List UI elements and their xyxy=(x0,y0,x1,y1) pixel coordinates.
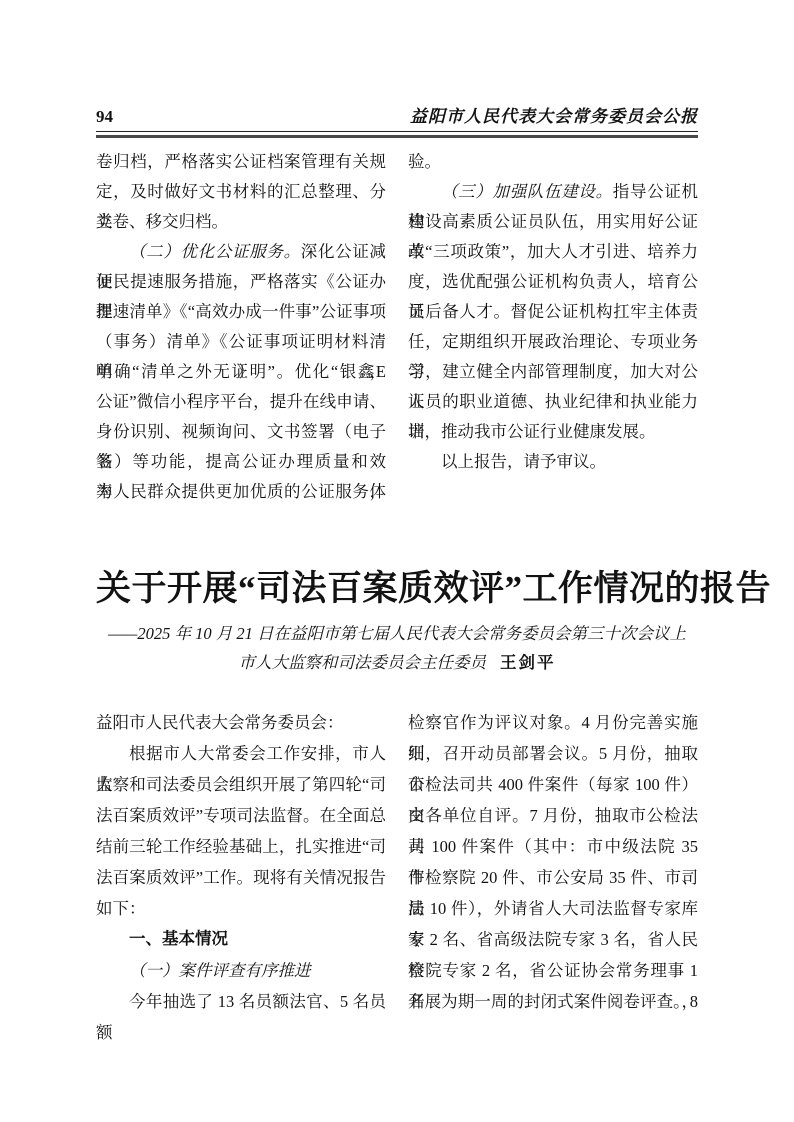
subheading-case-review-progress: （一）案件评查有序推进 xyxy=(96,955,386,986)
text-line: 为人民群众提供更加优质的公证服务体 xyxy=(96,477,386,507)
text-line: 员后备人才。督促公证机构扛牢主体责 xyxy=(408,297,698,327)
text-line: 验。 xyxy=(408,147,698,177)
section-heading-basic-situation: 一、基本情况 xyxy=(96,924,386,955)
text-line: 检察官作为评议对象。4 月份完善实施细 xyxy=(408,707,698,738)
text-line: 立卷、移交归档。 xyxy=(96,207,386,237)
text-line: 察院专家 2 名，省公证协会常务理事 1 名， xyxy=(408,955,698,986)
text-line: 便民提速服务措施，严格落实《公证办理 xyxy=(96,267,386,297)
top-left-column: 卷归档，严格落实公证档案管理有关规 定，及时做好文书材料的汇总整理、分类 立卷、… xyxy=(96,147,386,507)
bulletin-page: 94 益阳市人民代表大会常务委员会公报 卷归档，严格落实公证档案管理有关规 定，… xyxy=(0,0,794,1122)
text-line: 习，建立健全内部管理制度，加大对公证 xyxy=(408,357,698,387)
top-right-column: 验。 （三）加强队伍建设。指导公证机构 建设高素质公证员队伍，用实用好公证改 革… xyxy=(408,147,698,507)
header-rule-thin xyxy=(96,131,698,132)
text-line: 卷归档，严格落实公证档案管理有关规 xyxy=(96,147,386,177)
report-title-block: 关于开展“司法百案质效评”工作情况的报告 ——2025 年 10 月 21 日在… xyxy=(96,567,698,678)
subheading-optimize-notary-service: （二）优化公证服务。 xyxy=(129,242,301,261)
author-role: 市人大监察和司法委员会主任委员 xyxy=(239,653,487,672)
text-line: 度，选优配强公证机构负责人，培育公证 xyxy=(408,267,698,297)
text-line: 提速清单》《“高效办成一件事”公证事项 xyxy=(96,297,386,327)
text-line: 根据市人大常委会工作安排，市人大 xyxy=(96,738,386,769)
page-number: 94 xyxy=(96,106,113,128)
body-right-column: 检察官作为评议对象。4 月份完善实施细 则，召开动员部署会议。5 月份，抽取市 … xyxy=(408,707,698,1017)
report-author-line: 市人大监察和司法委员会主任委员王剑平 xyxy=(96,648,698,678)
text-line: 任，定期组织开展政治理论、专项业务学 xyxy=(408,327,698,357)
text-line: 监察和司法委员会组织开展了第四轮“司 xyxy=(96,769,386,800)
running-header: 94 益阳市人民代表大会常务委员会公报 xyxy=(96,106,698,128)
subheading-strengthen-team-building: （三）加强队伍建设。 xyxy=(441,182,613,201)
closing-line: 以上报告，请予审议。 xyxy=(408,447,698,477)
text-line: 定，及时做好文书材料的汇总整理、分类 xyxy=(96,177,386,207)
text-line: （三）加强队伍建设。指导公证机构 xyxy=(408,177,698,207)
author-name: 王剑平 xyxy=(500,654,556,672)
report-body: 益阳市人民代表大会常务委员会： 根据市人大常委会工作安排，市人大 监察和司法委员… xyxy=(96,707,698,1017)
previous-report-tail: 卷归档，严格落实公证档案管理有关规 定，及时做好文书材料的汇总整理、分类 立卷、… xyxy=(96,147,698,507)
text-line: （二）优化公证服务。深化公证减证 xyxy=(96,237,386,267)
text-line: 则，召开动员部署会议。5 月份，抽取市 xyxy=(408,738,698,769)
text-line: 训，推动我市公证行业健康发展。 xyxy=(408,417,698,447)
text-line: 局 10 件），外请省人大司法监督专家库专 xyxy=(408,893,698,924)
text-line: 家 2 名、省高级法院专家 3 名，省人民检 xyxy=(408,924,698,955)
text-line: 由各单位自评。7 月份，抽取市公检法司 xyxy=(408,800,698,831)
text-line: 明确“清单之外无证明”。优化“银鑫E xyxy=(96,357,386,387)
text-line: 身份识别、视频询问、文书签署（电子签 xyxy=(96,417,386,447)
text-line: 法百案质效评”工作。现将有关情况报告 xyxy=(96,862,386,893)
publication-title: 益阳市人民代表大会常务委员会公报 xyxy=(410,106,698,128)
body-left-column: 益阳市人民代表大会常务委员会： 根据市人大常委会工作安排，市人大 监察和司法委员… xyxy=(96,707,386,1017)
text-line: 结前三轮工作经验基础上，扎实推进“司 xyxy=(96,831,386,862)
text-line: 共 100 件案件（其中：市中级法院 35 件、 xyxy=(408,831,698,862)
report-title: 关于开展“司法百案质效评”工作情况的报告 xyxy=(96,567,698,611)
report-subtitle: ——2025 年 10 月 21 日在益阳市第七届人民代表大会常务委员会第三十次… xyxy=(96,620,698,648)
text-line: 开展为期一周的封闭式案件阅卷评查。8 xyxy=(408,986,698,1017)
text-line: 革“三项政策”，加大人才引进、培养力 xyxy=(408,237,698,267)
text-line: （事务）清单》《公证事项证明材料清单》， xyxy=(96,327,386,357)
text-line: 公证”微信小程序平台，提升在线申请、 xyxy=(96,387,386,417)
header-rule-thick xyxy=(96,135,698,138)
text-line: 市检察院 20 件、市公安局 35 件、市司法 xyxy=(408,862,698,893)
text-line: 建设高素质公证员队伍，用实用好公证改 xyxy=(408,207,698,237)
text-line: 如下： xyxy=(96,893,386,924)
text-line: 今年抽选了 13 名员额法官、5 名员额 xyxy=(96,986,386,1017)
text-line: 公检法司共 400 件案件（每家 100 件）交 xyxy=(408,769,698,800)
text-line: 名）等功能，提高公证办理质量和效率， xyxy=(96,447,386,477)
text-line: 人员的职业道德、执业纪律和执业能力培 xyxy=(408,387,698,417)
salutation-line: 益阳市人民代表大会常务委员会： xyxy=(96,707,386,738)
text-line: 法百案质效评”专项司法监督。在全面总 xyxy=(96,800,386,831)
